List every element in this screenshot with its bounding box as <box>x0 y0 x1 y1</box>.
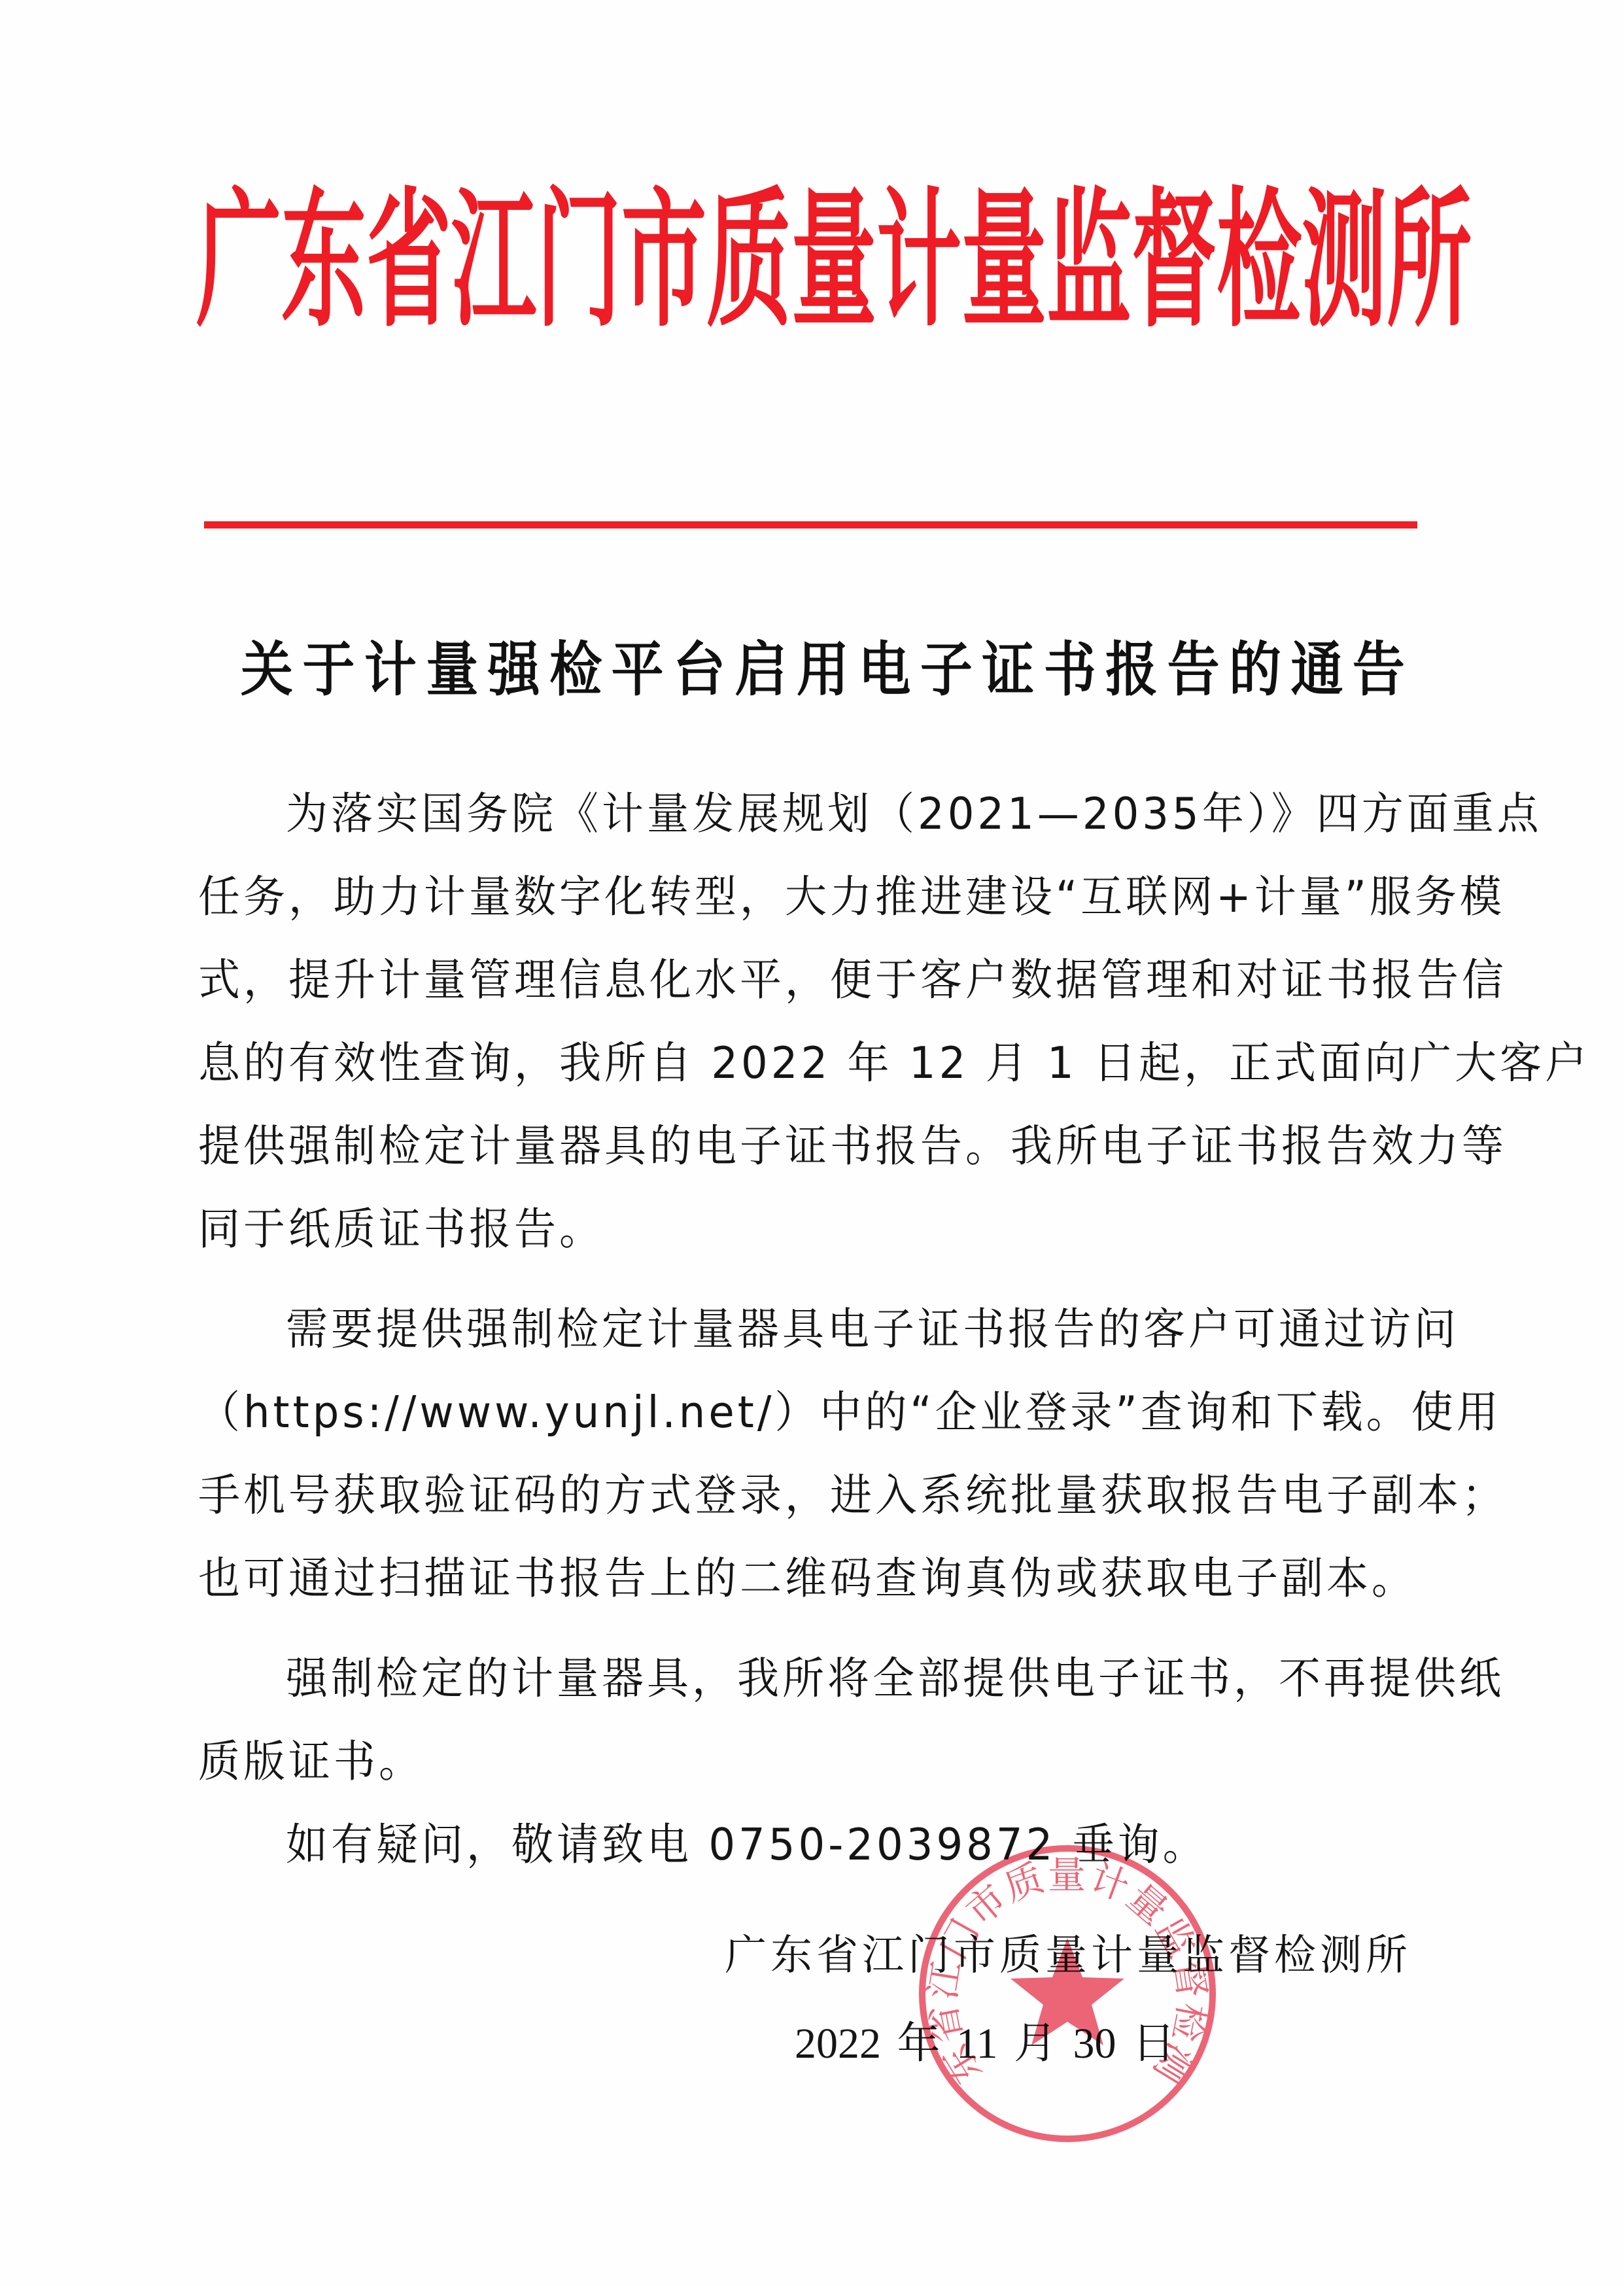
official-seal: 广东省江门市质量计量监督检测所 <box>915 1841 1220 2146</box>
letterhead: 广 东 省 江 门 市 质 量 计 量 监 督 检 测 所 <box>196 175 1426 345</box>
letterhead-char: 广 <box>196 186 281 335</box>
signature-date: 2022 年 11 月 30 日 <box>795 2018 1253 2070</box>
title-char: 通 <box>1290 640 1343 699</box>
title-char: 电 <box>858 640 910 699</box>
title-char: 检 <box>549 640 602 699</box>
title-char: 启 <box>735 640 787 699</box>
letterhead-char: 东 <box>281 186 366 335</box>
title-char: 量 <box>426 640 478 699</box>
letterhead-char: 所 <box>1387 186 1472 335</box>
title-char: 计 <box>364 640 417 699</box>
letterhead-char: 量 <box>791 186 876 335</box>
letterhead-char: 门 <box>536 186 621 335</box>
title-char: 书 <box>1044 640 1096 699</box>
body-line: 强制检定的计量器具，我所将全部提供电子证书，不再提供纸 <box>286 1652 1451 1706</box>
body-line: 需要提供强制检定计量器具电子证书报告的客户可通过访问 <box>286 1302 1451 1357</box>
letterhead-char: 量 <box>961 186 1046 335</box>
letterhead-char: 质 <box>706 186 791 335</box>
letterhead-char: 市 <box>621 186 706 335</box>
letterhead-divider <box>204 521 1417 528</box>
body-line: 提供强制检定计量器具的电子证书报告。我所电子证书报告效力等 <box>198 1119 1451 1174</box>
title-char: 告 <box>1167 640 1220 699</box>
title-char: 关 <box>241 640 293 699</box>
body-line: 同于纸质证书报告。 <box>198 1202 1451 1257</box>
signature-org: 广东省江门市质量计量监督检测所 <box>725 1930 1392 1982</box>
letterhead-char: 督 <box>1132 186 1217 335</box>
letterhead-char: 省 <box>366 186 451 335</box>
body-line-with-link[interactable]: （https://www.yunjl.net/）中的“企业登录”查询和下载。使用 <box>198 1385 1451 1440</box>
title-char: 证 <box>982 640 1034 699</box>
letterhead-char: 检 <box>1217 186 1302 335</box>
title-char: 用 <box>797 640 849 699</box>
body-line: 式，提升计量管理信息化水平，便于客户数据管理和对证书报告信 <box>198 953 1451 1008</box>
contact-line: 如有疑问，敬请致电 0750-2039872 垂询。 <box>286 1818 1451 1873</box>
body-line: 为落实国务院《计量发展规划（2021—2035年）》四方面重点 <box>286 787 1451 842</box>
body-line: 息的有效性查询，我所自 2022 年 12 月 1 日起，正式面向广大客户 <box>198 1036 1451 1091</box>
notice-title: 关 于 计 量 强 检 平 台 启 用 电 子 证 书 报 告 的 通 告 <box>241 633 1405 705</box>
letterhead-char: 监 <box>1046 186 1132 335</box>
title-char: 报 <box>1105 640 1158 699</box>
body-line: 质版证书。 <box>198 1735 1451 1790</box>
title-char: 于 <box>302 640 354 699</box>
title-char: 的 <box>1229 640 1281 699</box>
title-char: 平 <box>612 640 664 699</box>
title-char: 子 <box>920 640 973 699</box>
body-line: 任务，助力计量数字化转型，大力推进建设“互联网+计量”服务模 <box>198 870 1451 925</box>
body-line: 手机号获取验证码的方式登录，进入系统批量获取报告电子副本； <box>198 1468 1451 1523</box>
letterhead-char: 计 <box>876 186 961 335</box>
letterhead-char: 测 <box>1302 186 1387 335</box>
title-char: 台 <box>673 640 725 699</box>
notice-document: 广 东 省 江 门 市 质 量 计 量 监 督 检 测 所 关 于 计 量 强 … <box>0 0 1624 2286</box>
body-line: 也可通过扫描证书报告上的二维码查询真伪或获取电子副本。 <box>198 1551 1451 1606</box>
title-char: 告 <box>1353 640 1405 699</box>
letterhead-char: 江 <box>451 186 536 335</box>
title-char: 强 <box>488 640 540 699</box>
